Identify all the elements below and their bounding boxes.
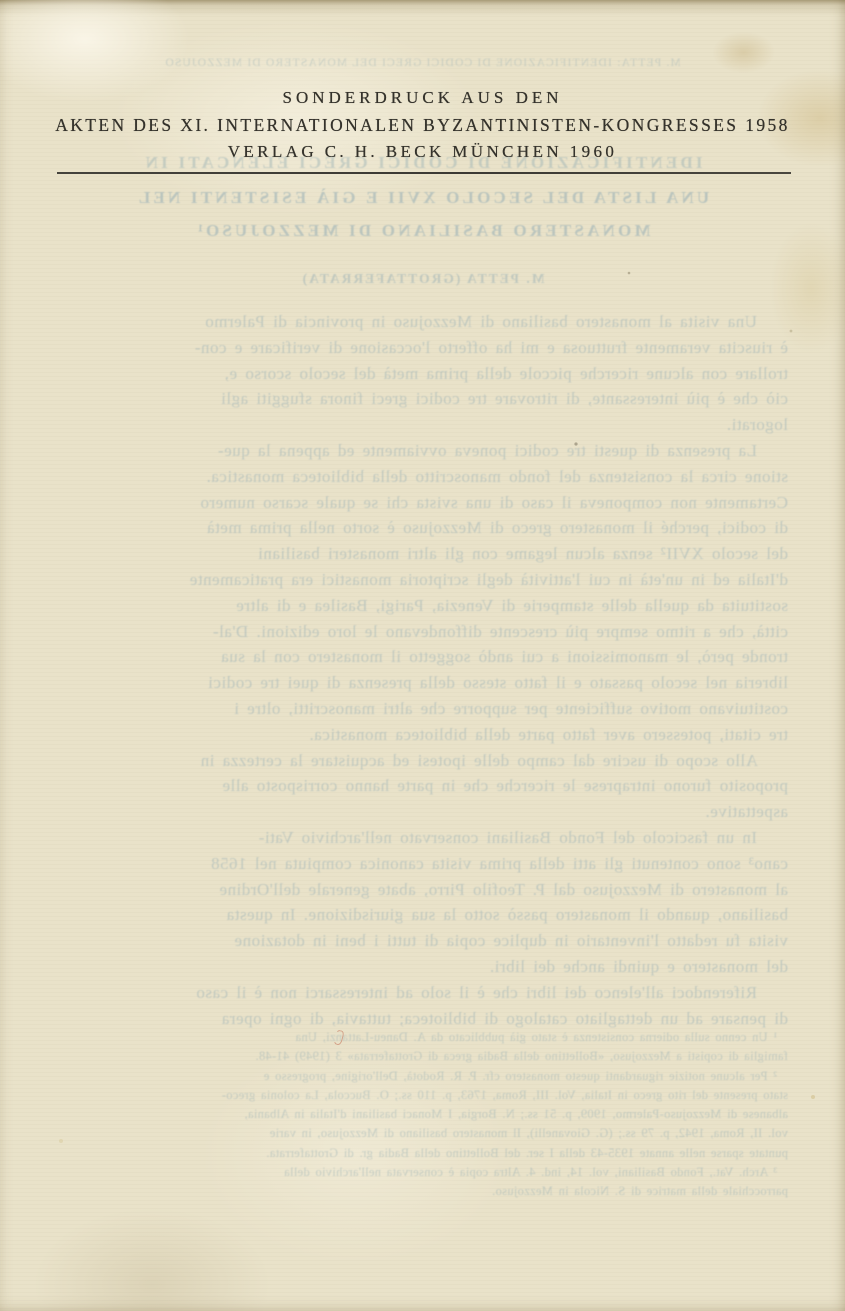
horizontal-rule — [57, 172, 791, 174]
red-ink-blemish — [332, 1029, 344, 1046]
ghost-text-line: Una visita al monastero basiliano di Mez… — [48, 309, 788, 335]
ghost-author-line: M. PETTA (GROTTAFERRATA) — [0, 271, 845, 287]
ghost-text-line: del monastero e quindi anche dei libri. — [48, 954, 788, 980]
ghost-title-line-2: UNA LISTA DEL SECOLO XVII E GIÀ ESISTENT… — [0, 188, 845, 208]
paper-specks — [0, 0, 2, 2]
ghost-text-line: stato presente del rito greco in Italia,… — [48, 1086, 788, 1105]
ghost-text-line: Allo scopo di uscire dal campo delle ipo… — [48, 748, 788, 774]
ghost-text-line: puntate sparse nelle annate 1935-43 dell… — [48, 1144, 788, 1163]
ghost-text-line: trollare con alcune ricerche piccole del… — [48, 361, 788, 387]
ghost-text-line: visita fu redatto l'inventario in duplic… — [48, 928, 788, 954]
ghost-body-text: Una visita al monastero basiliano di Mez… — [48, 309, 788, 1031]
ghost-text-line: vol. II, Roma, 1942, p. 79 ss.; (G. Giov… — [48, 1124, 788, 1143]
ghost-title-line-3: MONASTERO BASILIANO DI MEZZOJUSO¹ — [0, 221, 845, 241]
ghost-text-line: stione circa la consistenza del fondo ma… — [48, 464, 788, 490]
ghost-text-line: basiliano, quando il monastero passò sot… — [48, 902, 788, 928]
ghost-text-line: è riuscita veramente fruttuosa e mi ha o… — [48, 335, 788, 361]
ghost-text-line: libreria nel secolo passato e il fatto s… — [48, 670, 788, 696]
header-publisher-line: VERLAG C. H. BECK MÜNCHEN 1960 — [0, 142, 845, 162]
ghost-running-head: M. PETTA: IDENTIFICAZIONE DI CODICI GREC… — [0, 57, 845, 69]
ghost-text-line: costituivano motivo sufficiente per supp… — [48, 696, 788, 722]
ghost-text-line: ³ Arch. Vat., Fondo Basiliani, vol. 14, … — [48, 1163, 788, 1182]
ghost-footnote-text: ¹ Un cenno sulla odierna consistenza è s… — [48, 1028, 788, 1202]
ghost-text-line: La presenza di questi tre codici poneva … — [48, 438, 788, 464]
ghost-text-line: tre citati, potessero aver fatto parte d… — [48, 722, 788, 748]
ghost-text-line: di codici, perché il monastero greco di … — [48, 515, 788, 541]
ghost-text-line: al monastero di Mezzojuso dal P. Teofilo… — [48, 877, 788, 903]
ghost-text-line: ciò che è più interessante, di ritrovare… — [48, 386, 788, 412]
ghost-text-line: proposito furono intraprese le ricerche … — [48, 773, 788, 799]
ghost-text-line: ² Per alcune notizie riguardanti questo … — [48, 1067, 788, 1086]
ghost-text-line: di pensare ad un dettagliato catalogo di… — [48, 1006, 788, 1032]
ghost-text-line: città, che a ritmo sempre più crescente … — [48, 619, 788, 645]
ghost-text-line: d'Italia ed in un'età in cui l'attività … — [48, 567, 788, 593]
ghost-text-line: albanese di Mezzojuso-Palermo, 1909, p. … — [48, 1105, 788, 1124]
ghost-text-line: famiglia di copisti a Mezzojuso, «Bollet… — [48, 1047, 788, 1066]
ghost-text-line: Riferendoci all'elenco dei libri che è i… — [48, 980, 788, 1006]
ghost-text-line: parrocchiale della matrice di S. Nicola … — [48, 1182, 788, 1201]
scanned-offprint-page: SONDERDRUCK AUS DEN AKTEN DES XI. INTERN… — [0, 0, 845, 1311]
ghost-text-line: Certamente non componeva il caso di una … — [48, 490, 788, 516]
ghost-text-line: In un fascicolo del Fondo Basiliani cons… — [48, 825, 788, 851]
ghost-text-line: tronde però, le manomissioni a cui andò … — [48, 644, 788, 670]
ghost-text-line: aspettative. — [48, 799, 788, 825]
ghost-text-line: cano³ sono contenuti gli atti della prim… — [48, 851, 788, 877]
ghost-text-line: del secolo XVII² senza alcun legame con … — [48, 541, 788, 567]
ghost-text-line: logorati. — [48, 412, 788, 438]
header-series-line: SONDERDRUCK AUS DEN — [0, 88, 845, 108]
ghost-text-line: ¹ Un cenno sulla odierna consistenza è s… — [48, 1028, 788, 1047]
showthrough-ghost-layer: M. PETTA: IDENTIFICAZIONE DI CODICI GREC… — [0, 0, 845, 1311]
header-proceedings-line: AKTEN DES XI. INTERNATIONALEN BYZANTINIS… — [0, 115, 845, 136]
ghost-text-line: sostituita da quella delle stamperie di … — [48, 593, 788, 619]
